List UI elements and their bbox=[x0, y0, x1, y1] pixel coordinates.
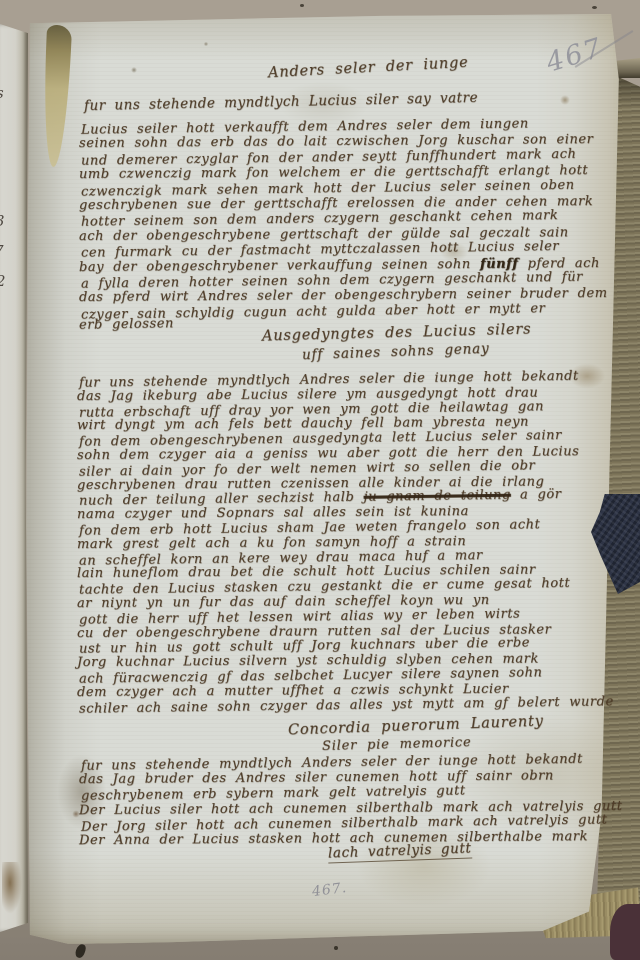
ink-fleck bbox=[74, 943, 87, 959]
margin-mark: s bbox=[0, 84, 4, 102]
margin-mark: 2 bbox=[0, 272, 6, 290]
manuscript-line-segment: ju gnam de teilung bbox=[363, 488, 510, 505]
closing-phrase: erb gelossen bbox=[79, 316, 174, 333]
margin-marks: s 3 7 2 bbox=[0, 0, 16, 960]
manuscript-line-segment: a gör bbox=[511, 487, 562, 503]
ink-fleck bbox=[334, 946, 338, 950]
margin-mark: 7 bbox=[0, 242, 4, 260]
manuscript-photo: { "document": { "folio_top": "467", "fol… bbox=[0, 0, 640, 960]
paragraph-sale-record: Lucius seiler hott verkaufft dem Andres … bbox=[79, 119, 608, 319]
background-object-corner bbox=[610, 904, 640, 960]
dust-speck bbox=[300, 4, 304, 7]
paragraph-ausgedinge-record: fur uns stehende myndtlych Andres seler … bbox=[77, 373, 612, 713]
manuscript-line-segment: fünff bbox=[480, 256, 519, 271]
paragraph-concordia-record: fur uns stehende myndtlych Anders seler … bbox=[79, 755, 622, 846]
margin-mark: 3 bbox=[0, 212, 5, 230]
dust-speck bbox=[592, 6, 597, 9]
